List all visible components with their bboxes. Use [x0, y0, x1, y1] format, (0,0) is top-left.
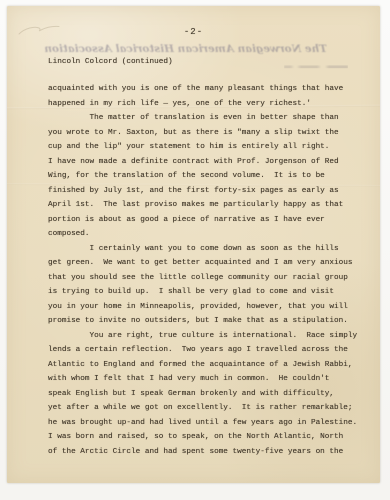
typed-line: I certainly want you to come down as soo… [48, 242, 373, 257]
scan-background: -2- The Norwegian American Historical As… [0, 0, 390, 500]
typed-line: happened in my rich life — yes, one of t… [48, 97, 373, 112]
typed-line: Atlantic to England and formed the acqua… [48, 358, 373, 373]
letterhead-bleedthrough-text: The Norwegian American Historical Associ… [95, 43, 327, 55]
typed-line: finished by July 1st, and the first fort… [48, 184, 373, 199]
letter-body: acquainted with you is one of the many p… [48, 82, 373, 459]
typed-line: lends a certain reflection. Two years ag… [48, 343, 373, 358]
typed-line: with whom I felt that I had very much in… [48, 372, 373, 387]
typed-line: you wrote to Mr. Saxton, but as there is… [48, 126, 373, 141]
typed-line: portion is about as good a piece of narr… [48, 213, 373, 228]
typed-line: he was brought up-and had lived until a … [48, 416, 373, 431]
letterhead-bleedthrough-small-mark [284, 62, 348, 70]
typed-line: get green. We want to get better acquain… [48, 256, 373, 271]
typed-line: I have now made a definite contract with… [48, 155, 373, 170]
letter-heading: Lincoln Colcord (continued) [48, 58, 173, 66]
typed-line: acquainted with you is one of the many p… [48, 82, 373, 97]
typed-line: April 1st. The last proviso makes me par… [48, 198, 373, 213]
typed-line: composed. [48, 227, 373, 242]
typed-line: is trying to build up. I shall be very g… [48, 285, 373, 300]
typed-line: You are right, true culture is internati… [48, 329, 373, 344]
typed-line: promise to invite no outsiders, but I ma… [48, 314, 373, 329]
typed-line: that you should see the little college c… [48, 271, 373, 286]
typed-line: cup and the lip" your statement to him i… [48, 140, 373, 155]
typed-line: speak English but I speak German brokenl… [48, 387, 373, 402]
typed-line: Wing, for the translation of the second … [48, 169, 373, 184]
typed-line: The matter of translation is even in bet… [48, 111, 373, 126]
typed-line: of the Arctic Circle and had spent some … [48, 445, 373, 460]
typed-line: I was born and raised, so to speak, on t… [48, 430, 373, 445]
page-number: -2- [7, 27, 380, 37]
letter-page: -2- The Norwegian American Historical As… [7, 6, 380, 483]
typed-line: you in your home in Minneapolis, provide… [48, 300, 373, 315]
typed-line: yet after a while we got on excellently.… [48, 401, 373, 416]
